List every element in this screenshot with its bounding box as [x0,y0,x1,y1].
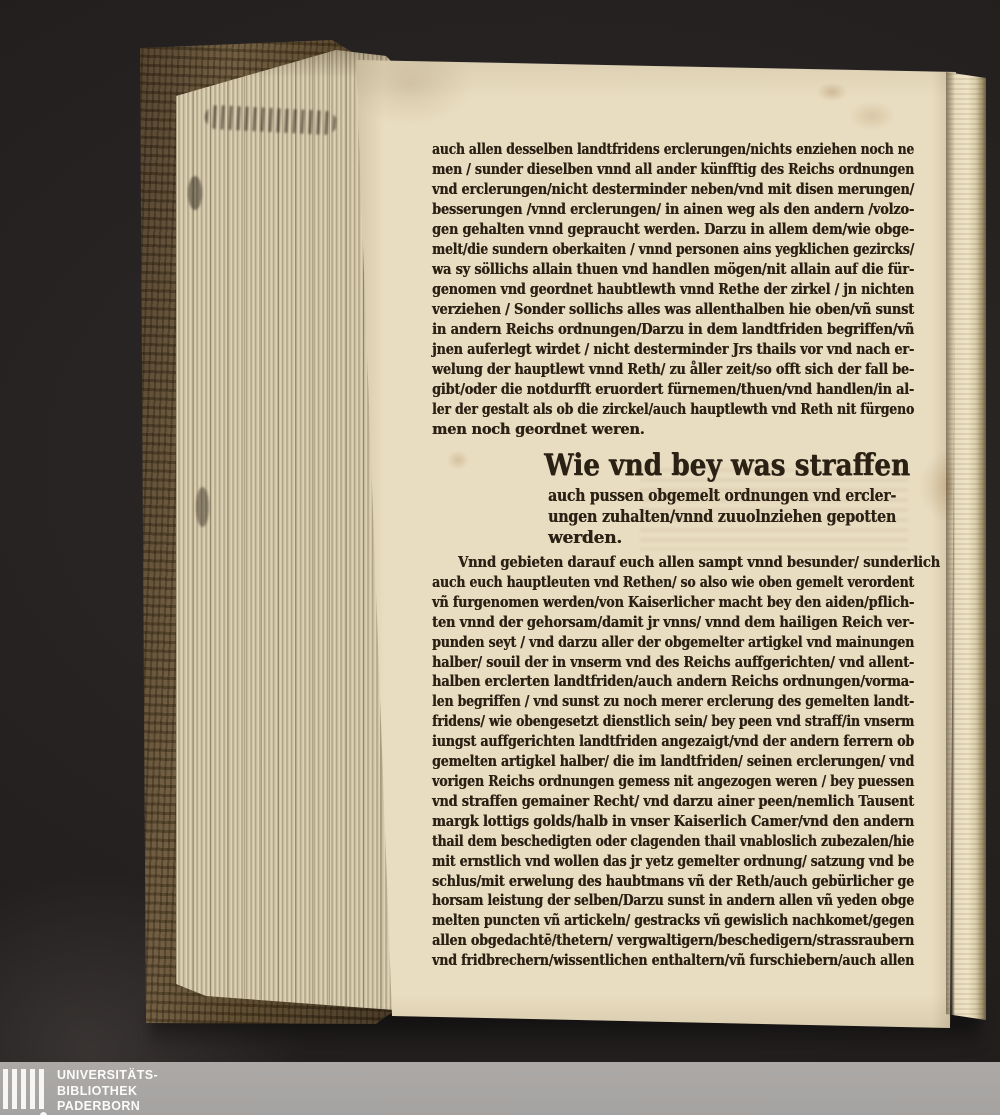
text-line: vñ furgenomen werden/von Kaiserlicher ma… [432,593,914,613]
text-line: auch allen desselben landtfridens ercler… [432,140,914,160]
text-line: wa sy söllichs allain thuen vnd handlen … [432,260,914,280]
text-line: genomen vnd geordnet haubtlewth vnnd Ret… [432,280,914,300]
text-line: horsam leistung der selben/Darzu sunst i… [432,891,914,911]
text-line: auch euch hauptleuten vnd Rethen/ so als… [432,573,914,593]
text-line: margk lottigs golds/halb in vnser Kaiser… [432,812,914,832]
text-line: ungen zuhalten/vnnd zuuolnziehen gepotte… [548,507,896,528]
text-line: vnd erclerungen/nicht desterminder neben… [432,180,914,200]
photo-stage: auch allen desselben landtfridens ercler… [0,0,1000,1115]
text-line: halben erclerten landtfriden/auch andern… [432,672,914,692]
paragraph-1: auch allen desselben landtfridens ercler… [432,140,914,440]
text-line: thail dem beschedigten oder clagenden th… [432,832,914,852]
section-heading-box: Wie vnd bey was straffen [544,448,910,484]
text-line: welung der hauptlewt vnnd Reth/ zu åller… [432,360,914,380]
text-line: vorigen Reichs ordnungen gemess nit ange… [432,772,914,792]
library-name-line: UNIVERSITÄTS- [57,1068,158,1084]
paragraph-2: Vnnd gebieten darauf euch allen sampt vn… [432,553,914,971]
logo-bar [30,1069,35,1109]
text-line: schlus/mit erwelung des haubtmans vñ der… [432,872,914,892]
library-name: UNIVERSITÄTS- BIBLIOTHEK PADERBORN [57,1068,158,1115]
text-line: mit ernstlich vnd wollen das jr yetz gem… [432,852,914,872]
text-line: men / sunder dieselben vnnd all ander kü… [432,160,914,180]
text-line: melt/die sundern oberkaiten / vnnd perso… [432,240,914,260]
text-line: halber/ souil der in vnserm vnd des Reic… [432,653,914,673]
page-right-edges [946,62,986,1030]
logo-bar [21,1069,26,1109]
text-line: len begriffen / vnd sunst zu noch merer … [432,692,914,712]
section-subheading: auch pussen obgemelt ordnungen vnd ercle… [548,486,896,549]
library-name-line: BIBLIOTHEK [57,1084,158,1100]
fore-edge-ink-smudge [196,487,209,527]
text-line: ten vnnd der gehorsam/damit jr vnns/ vnn… [432,613,914,633]
text-line: gen gehalten vnnd gepraucht werden. Darz… [432,220,914,240]
fore-edge-ink-smudge [188,176,202,210]
text-line: gibt/oder die notdurfft eruordert fürnem… [432,380,914,400]
logo-bar [3,1069,8,1109]
library-name-line: PADERBORN [57,1099,158,1115]
text-line: allen obgedachtē/thetern/ vergwaltigern/… [432,931,914,951]
text-line: gemelten artigkel halber/ die im landtfr… [432,752,914,772]
text-line: vnd straffen gemainer Recht/ vnd darzu a… [432,792,914,812]
section-heading: Wie vnd bey was straffen [544,448,910,484]
logo-bar [12,1069,17,1109]
text-line: besserungen /vnnd erclerungen/ in ainen … [432,200,914,220]
text-line: fridens/ wie obengesetzt dienstlich sein… [432,712,914,732]
text-line: jnen auferlegt wirdet / nicht destermind… [432,340,914,360]
text-line: men noch geordnet weren. [432,420,644,440]
logo-bar [39,1069,44,1109]
text-line: Vnnd gebieten darauf euch allen sampt vn… [458,553,940,573]
text-line: verziehen / Sonder sollichs alles was al… [432,300,914,320]
text-line: werden. [548,528,622,549]
footer-band: UNIVERSITÄTS- BIBLIOTHEK PADERBORN [0,1062,1000,1115]
text-line: auch pussen obgemelt ordnungen vnd ercle… [548,486,896,507]
text-line: in andern Reichs ordnungen/Darzu in dem … [432,320,914,340]
ub-paderborn-logo-icon [3,1069,53,1115]
text-line: melten puncten vñ artickeln/ gestracks v… [432,911,914,931]
text-line: punden seyt / vnd darzu aller der obgeme… [432,633,914,653]
text-line: vnd fridbrechern/wissentlichen enthalter… [432,951,914,971]
page-text: auch allen desselben landtfridens ercler… [432,140,914,971]
text-line: ler der gestalt als ob die zirckel/auch … [432,400,914,420]
text-line: iungst auffgerichten landtfriden angezai… [432,732,914,752]
